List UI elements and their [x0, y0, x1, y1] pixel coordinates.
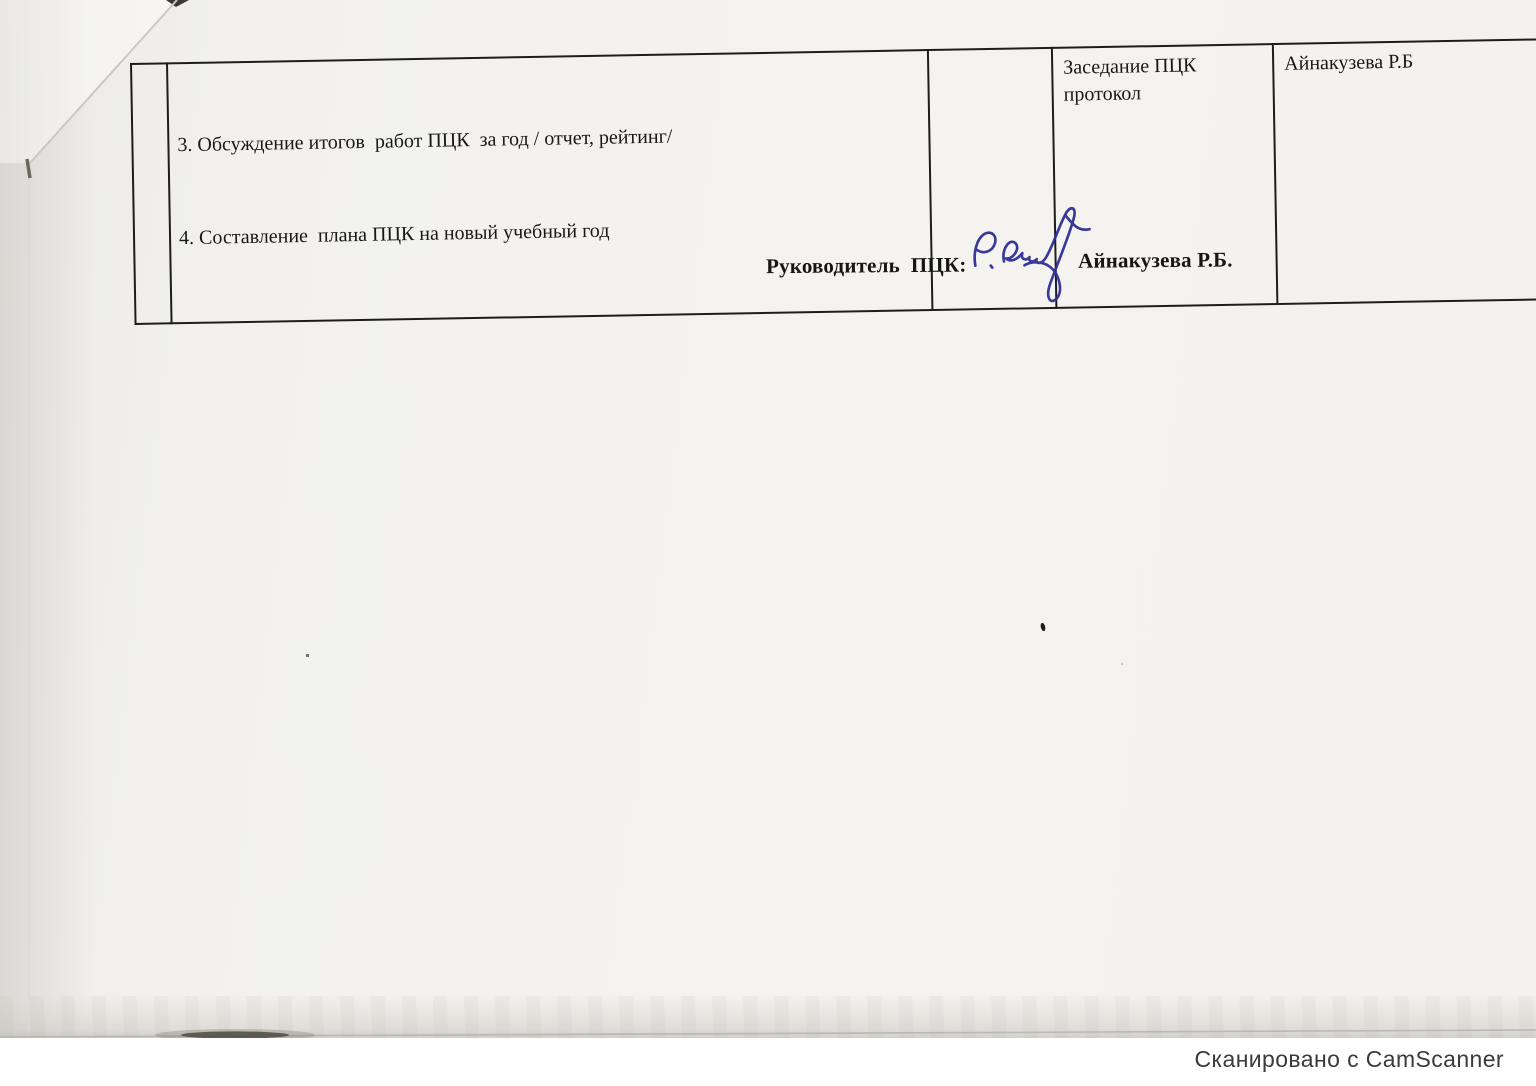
signature-tail-stroke: [1065, 215, 1090, 230]
signature-dot-stroke: [991, 266, 993, 268]
scanned-page: 3. Обсуждение итогов работ ПЦК за год / …: [0, 0, 1536, 1086]
signature-label: Руководитель ПЦК:: [766, 253, 967, 280]
signature-block: Руководитель ПЦК: Айнакузева Р.Б.: [760, 198, 1321, 317]
signature-initial-stroke: [974, 233, 995, 266]
signature-ink: [963, 202, 1092, 307]
signature-main-stroke: [1003, 208, 1075, 301]
camscanner-watermark: Сканировано с CamScanner: [1195, 1046, 1504, 1073]
paper-bottom-shadow: [0, 996, 1536, 1038]
item-line-3: 3. Обсуждение итогов работ ПЦК за год / …: [177, 117, 920, 161]
signature-name: Айнакузева Р.Б.: [1078, 247, 1233, 273]
number-cell: [131, 63, 172, 324]
